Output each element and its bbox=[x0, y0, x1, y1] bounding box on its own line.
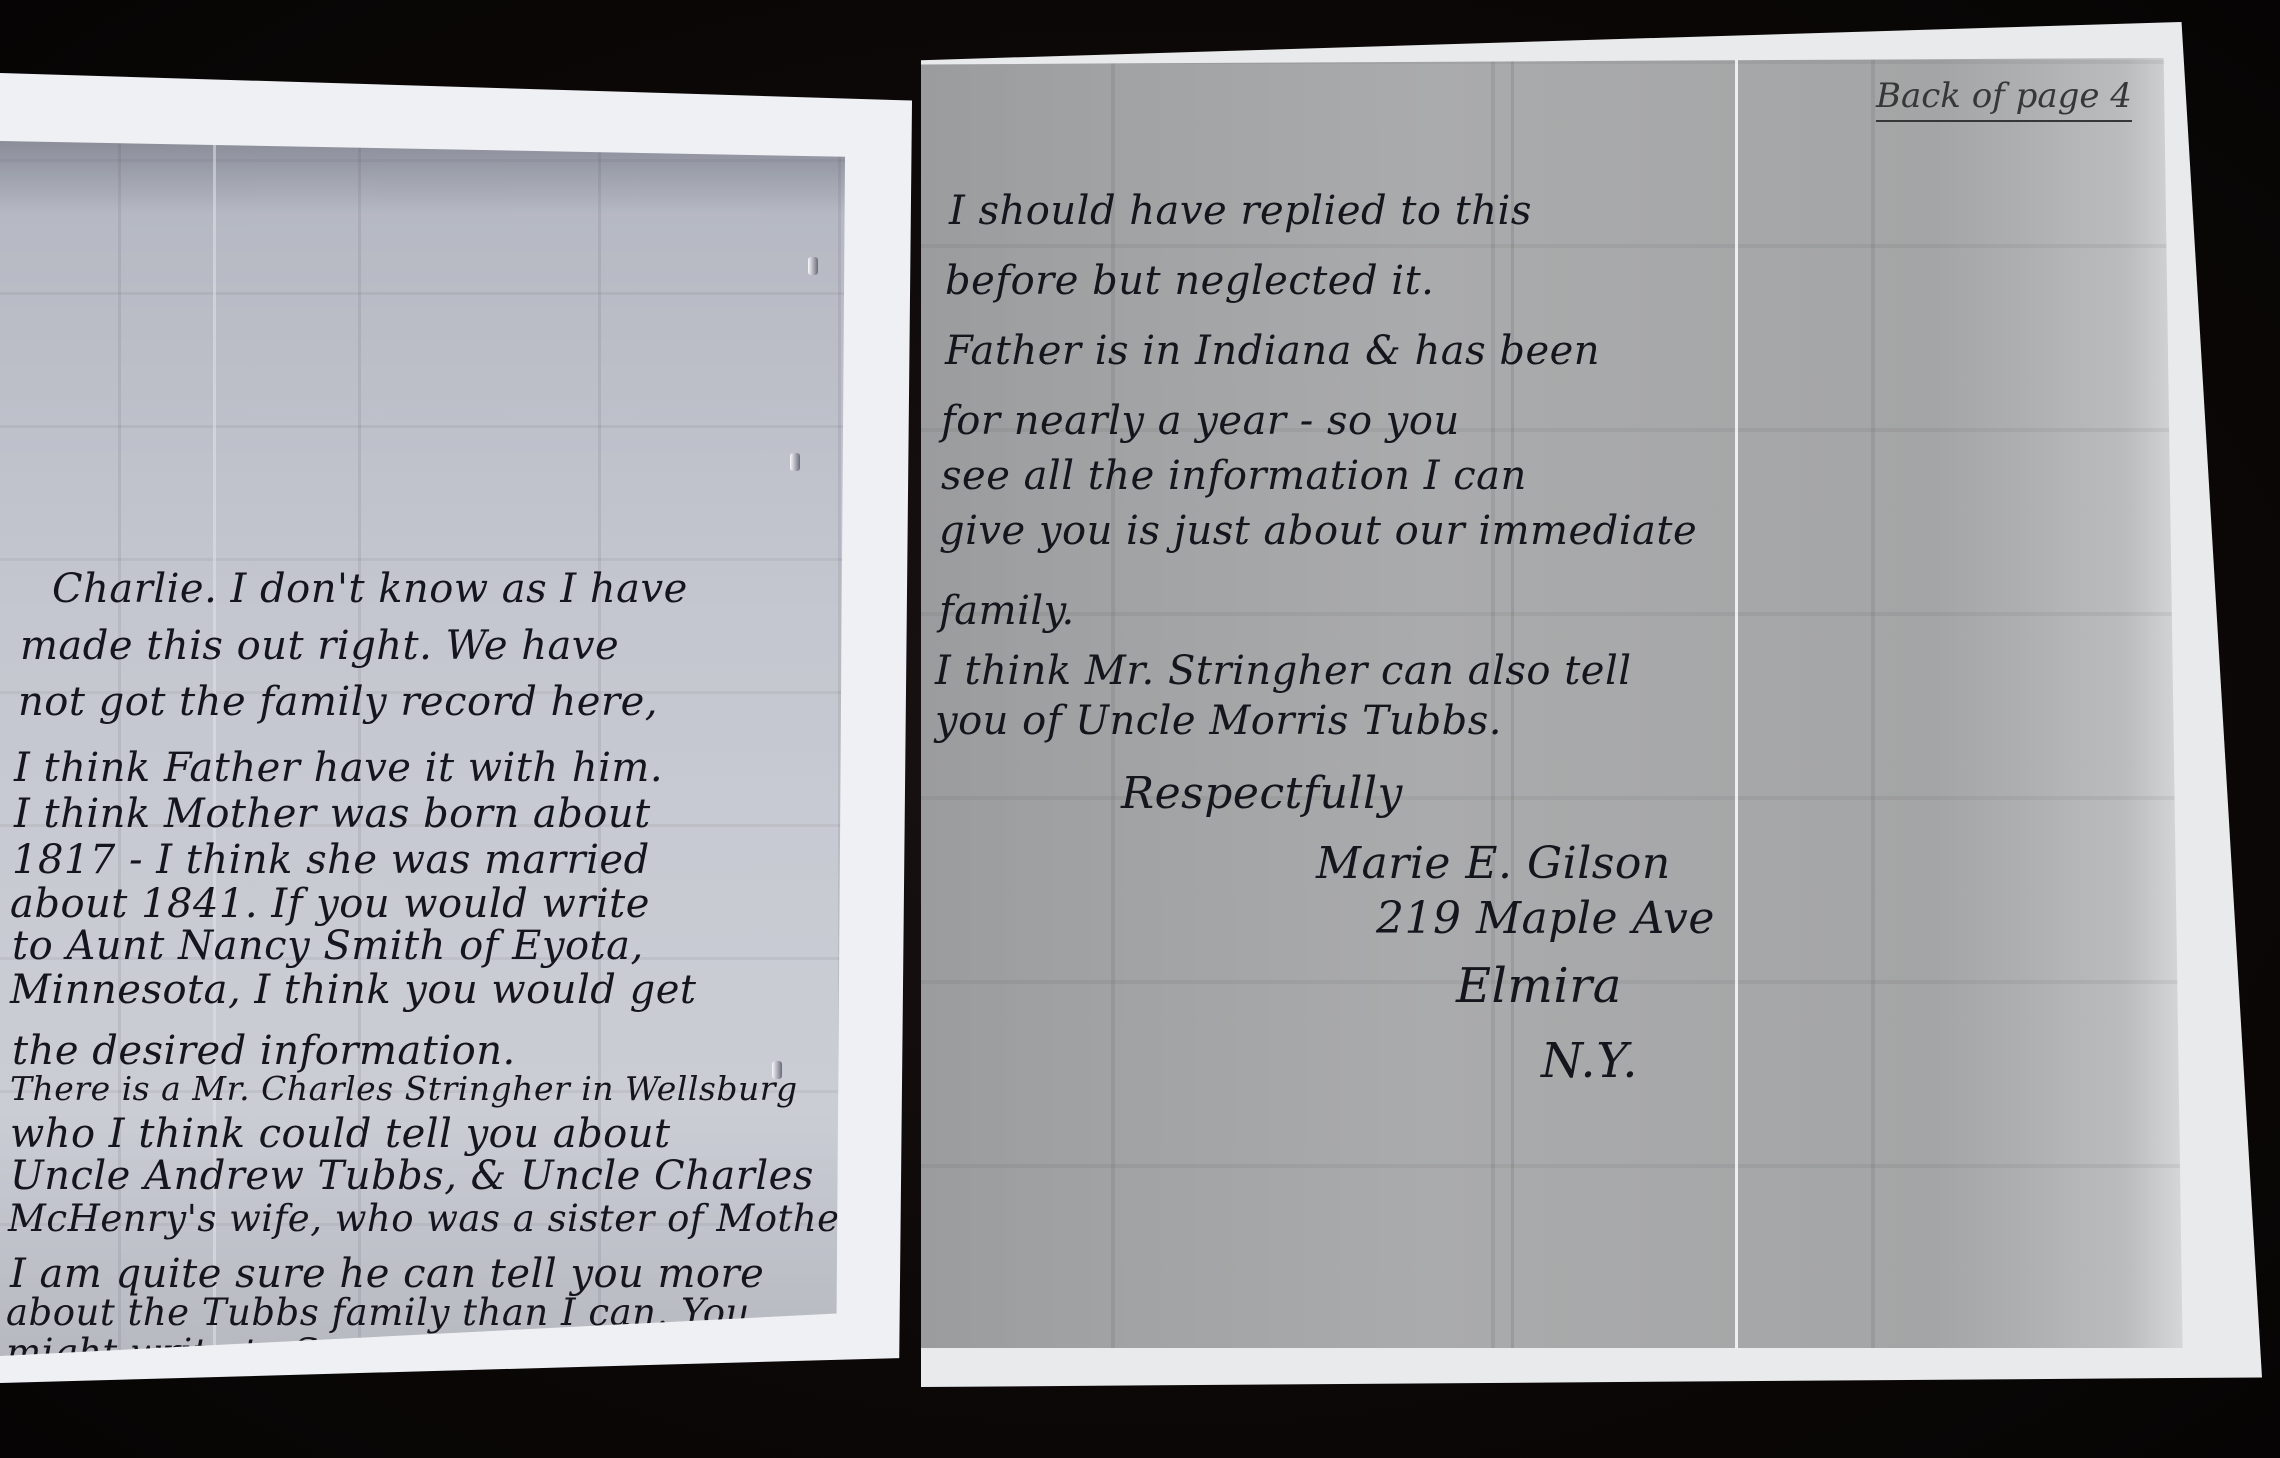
letter-line: for nearly a year - so you bbox=[941, 398, 1460, 444]
right-letter-photo: Back of page 4 I should have replied to … bbox=[921, 22, 2262, 1387]
letter-line: who I think could tell you about bbox=[10, 1111, 671, 1157]
letter-line: I should have replied to this bbox=[949, 188, 1532, 234]
letter-line: about the Tubbs family than I can. You bbox=[6, 1291, 750, 1334]
right-photocopy-page: Back of page 4 I should have replied to … bbox=[921, 58, 2189, 1348]
letter-line: made this out right. We have bbox=[20, 623, 619, 669]
left-photocopy-page: Charlie. I don't know as I have made thi… bbox=[0, 141, 845, 1356]
page-annotation: Back of page 4 bbox=[1876, 76, 2132, 122]
letter-line: see all the information I can bbox=[941, 453, 1527, 499]
letter-line: 1817 - I think she was married bbox=[12, 837, 650, 883]
letter-line: There is a Mr. Charles Stringher in Well… bbox=[10, 1069, 798, 1108]
letter-line: Uncle Andrew Tubbs, & Uncle Charles bbox=[10, 1153, 814, 1199]
letter-line: Charlie. I don't know as I have bbox=[52, 566, 688, 612]
signature-state: N.Y. bbox=[1541, 1033, 1638, 1089]
letter-line: Minnesota, I think you would get bbox=[10, 967, 696, 1013]
letter-line: before but neglected it. bbox=[945, 258, 1434, 304]
letter-line: to Aunt Nancy Smith of Eyota, bbox=[12, 923, 644, 969]
letter-line: give you is just about our immediate bbox=[939, 508, 1697, 554]
letter-line: I think Mother was born about bbox=[14, 791, 651, 837]
left-letter-photo: Charlie. I don't know as I have made thi… bbox=[0, 73, 912, 1383]
letter-line: not got the family record here, bbox=[18, 679, 658, 725]
letter-line: you of Uncle Morris Tubbs. bbox=[935, 698, 1502, 744]
fold-crease bbox=[1511, 58, 1514, 1348]
letter-line: I think Father have it with him. bbox=[14, 745, 663, 791]
signature-name: Marie E. Gilson bbox=[1316, 838, 1671, 889]
letter-line: family. bbox=[939, 588, 1075, 634]
letter-line: Father is in Indiana & has been bbox=[945, 328, 1600, 374]
signature-street: 219 Maple Ave bbox=[1376, 893, 1715, 944]
letter-line: about 1841. If you would write bbox=[10, 881, 650, 927]
closing: Respectfully bbox=[1121, 768, 1403, 819]
fold-crease bbox=[1735, 58, 1738, 1348]
staple-mark bbox=[790, 453, 800, 471]
staple-mark bbox=[808, 257, 818, 275]
letter-line: McHenry's wife, who was a sister of Moth… bbox=[8, 1197, 866, 1240]
letter-line: I think Mr. Stringher can also tell bbox=[935, 648, 1632, 694]
letter-line: the desired information. bbox=[12, 1028, 516, 1074]
signature-city: Elmira bbox=[1456, 958, 1622, 1014]
